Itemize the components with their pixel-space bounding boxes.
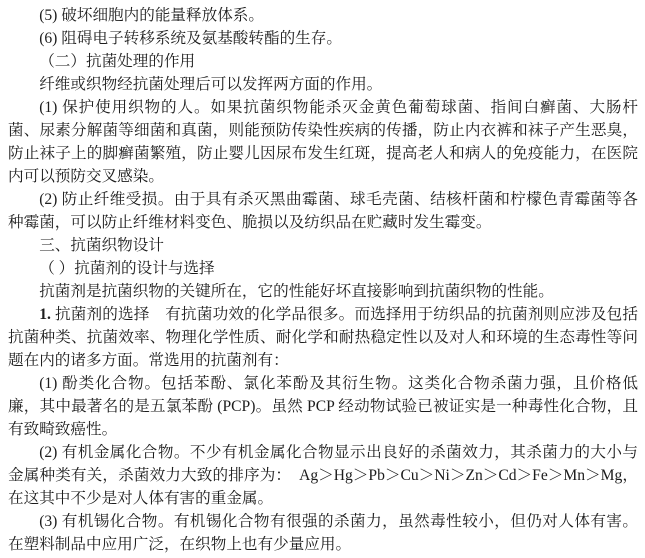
paragraph: （二）抗菌处理的作用 [8, 50, 638, 73]
text-run: (6) 阻碍电子转移系统及氨基酸转酯的生存。 [39, 30, 342, 47]
paragraph: (2) 防止纤维受损。由于具有杀灭黑曲霉菌、球毛壳菌、结核杆菌和柠檬色青霉菌等各… [8, 188, 638, 234]
paragraph: 抗菌剂是抗菌织物的关键所在，它的性能好坏直接影响到抗菌织物的性能。 [8, 280, 638, 303]
text-run: (1) 保护使用织物的人。如果抗菌织物能杀灭金黄色葡萄球菌、指间白癣菌、大肠杆菌… [8, 99, 638, 185]
paragraph: (1) 保护使用织物的人。如果抗菌织物能杀灭金黄色葡萄球菌、指间白癣菌、大肠杆菌… [8, 96, 638, 188]
text-run: 纤维或织物经抗菌处理后可以发挥两方面的作用。 [39, 76, 382, 93]
paragraph: (3) 有机锡化合物。有机锡化合物有很强的杀菌力，虽然毒性较小，但仍对人体有害。… [8, 510, 638, 556]
text-run-formula: Ag＞Hg＞Pb＞Cu＞Ni＞Zn＞Cd＞Fe＞Mn＞Mg [299, 467, 622, 484]
paragraph: 纤维或织物经抗菌处理后可以发挥两方面的作用。 [8, 73, 638, 96]
text-run-bold: 1. [39, 306, 51, 323]
document-body: (5) 破坏细胞内的能量释放体系。(6) 阻碍电子转移系统及氨基酸转酯的生存。（… [8, 4, 638, 556]
text-run: (3) 有机锡化合物。有机锡化合物有很强的杀菌力，虽然毒性较小，但仍对人体有害。… [8, 513, 638, 553]
paragraph: (5) 破坏细胞内的能量释放体系。 [8, 4, 638, 27]
paragraph: （ ）抗菌剂的设计与选择 [8, 257, 638, 280]
text-run: （ ）抗菌剂的设计与选择 [39, 260, 214, 277]
text-run: 抗菌剂的选择 有抗菌功效的化学品很多。而选择用于纺织品的抗菌剂则应涉及包括抗菌种… [8, 306, 638, 369]
text-run: (5) 破坏细胞内的能量释放体系。 [39, 7, 264, 24]
text-run: （二）抗菌处理的作用 [39, 53, 195, 70]
paragraph: (2) 有机金属化合物。不少有机金属化合物显示出良好的杀菌效力，其杀菌力的大小与… [8, 441, 638, 510]
text-run: (2) 防止纤维受损。由于具有杀灭黑曲霉菌、球毛壳菌、结核杆菌和柠檬色青霉菌等各… [8, 191, 638, 231]
paragraph: (1) 酚类化合物。包括苯酚、氯化苯酚及其衍生物。这类化合物杀菌力强，且价格低廉… [8, 372, 638, 441]
paragraph: (6) 阻碍电子转移系统及氨基酸转酯的生存。 [8, 27, 638, 50]
text-run: 三、抗菌织物设计 [39, 237, 164, 254]
document-page: (5) 破坏细胞内的能量释放体系。(6) 阻碍电子转移系统及氨基酸转酯的生存。（… [0, 0, 645, 558]
text-run: 抗菌剂是抗菌织物的关键所在，它的性能好坏直接影响到抗菌织物的性能。 [39, 283, 554, 300]
text-run: (1) 酚类化合物。包括苯酚、氯化苯酚及其衍生物。这类化合物杀菌力强，且价格低廉… [8, 375, 638, 438]
paragraph: 三、抗菌织物设计 [8, 234, 638, 257]
paragraph: 1. 抗菌剂的选择 有抗菌功效的化学品很多。而选择用于纺织品的抗菌剂则应涉及包括… [8, 303, 638, 372]
